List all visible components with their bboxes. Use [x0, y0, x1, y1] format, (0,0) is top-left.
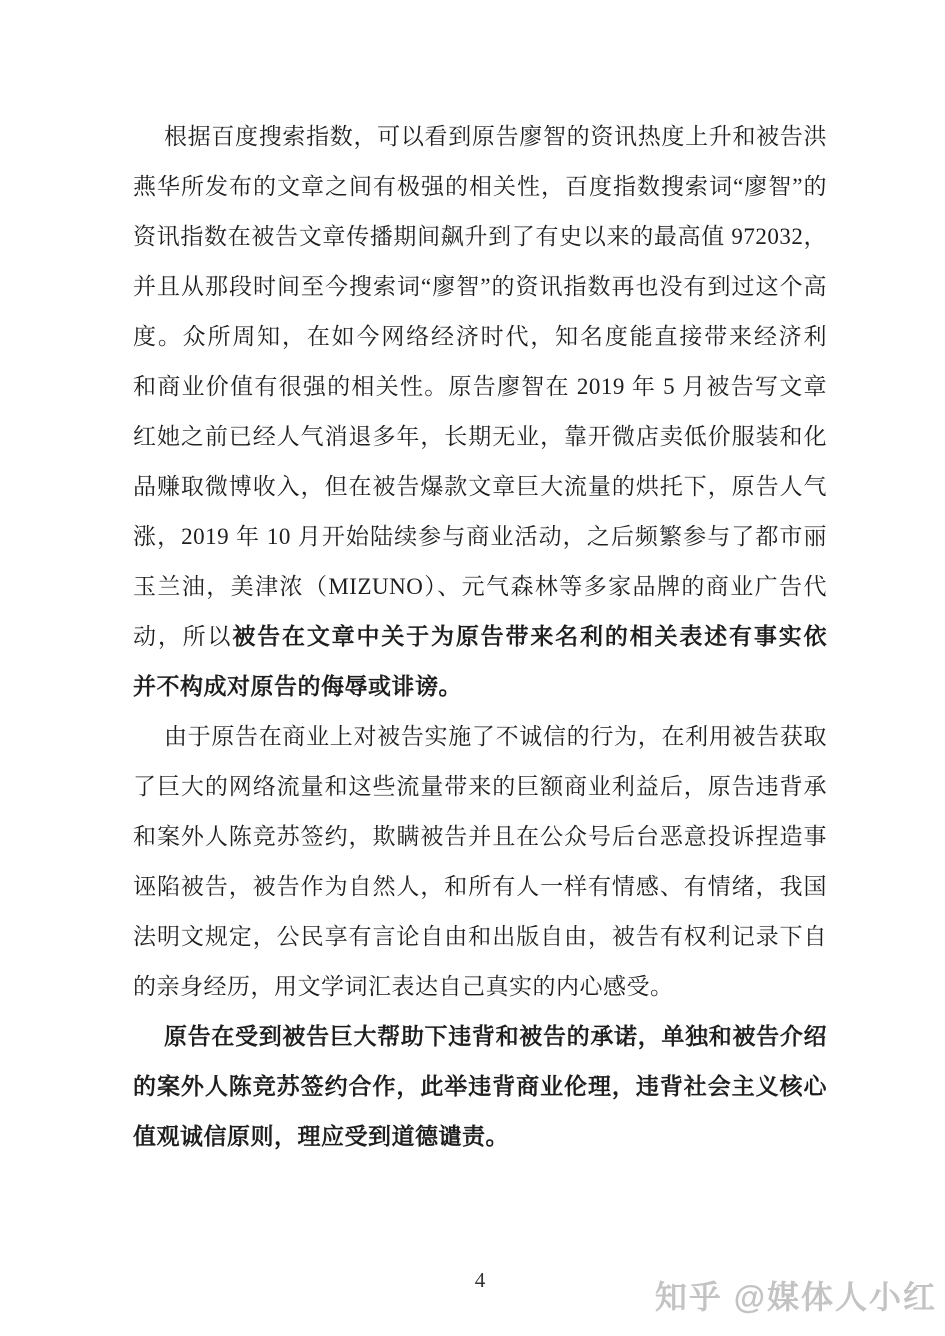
text-line: 值观诚信原则，理应受到道德谴责。 — [133, 1112, 827, 1162]
text-segment: 并且从那段时间至今搜索词“廖智”的资讯指数再也没有到过这个高 — [133, 274, 827, 299]
text-line: 根据百度搜索指数，可以看到原告廖智的资讯热度上升和被告洪 — [133, 112, 827, 162]
text-segment: 红她之前已经人气消退多年，长期无业，靠开微店卖低价服装和化妆 — [133, 424, 827, 462]
text-line: 资讯指数在被告文章传播期间飙升到了有史以来的最高值 972032， — [133, 212, 827, 262]
text-segment: 动，所以 — [133, 624, 232, 649]
bold-text-segment: 被告在文章中关于为原告带来名利的相关表述有事实依据， — [133, 624, 827, 662]
text-segment: 和案外人陈竞苏签约，欺瞒被告并且在公众号后台恶意投诉捏造事实 — [133, 824, 827, 862]
text-segment: 品赚取微博收入，但在被告爆款文章巨大流量的烘托下，原告人气暴 — [133, 474, 827, 512]
text-segment: 根据百度搜索指数，可以看到原告廖智的资讯热度上升和被告洪 — [164, 124, 827, 149]
watermark: 知乎 @媒体人小红 — [655, 1272, 937, 1318]
text-line: 动，所以被告在文章中关于为原告带来名利的相关表述有事实依据， — [133, 612, 827, 662]
text-segment: 了巨大的网络流量和这些流量带来的巨额商业利益后，原告违背承诺 — [133, 774, 827, 812]
text-line: 的亲身经历，用文学词汇表达自己真实的内心感受。 — [133, 962, 827, 1012]
text-segment: 资讯指数在被告文章传播期间飙升到了有史以来的最高值 972032， — [133, 224, 827, 249]
bold-text-segment: 并不构成对原告的侮辱或诽谤。 — [133, 674, 462, 699]
text-line: 涨，2019 年 10 月开始陆续参与商业活动，之后频繁参与了都市丽人、 — [133, 512, 827, 562]
text-line: 的案外人陈竞苏签约合作，此举违背商业伦理，违背社会主义核心价 — [133, 1062, 827, 1112]
text-line: 度。众所周知，在如今网络经济时代，知名度能直接带来经济利益， — [133, 312, 827, 362]
text-segment: 和商业价值有很强的相关性。原告廖智在 2019 年 5 月被告写文章捧 — [133, 374, 827, 412]
paragraph: 原告在受到被告巨大帮助下违背和被告的承诺，单独和被告介绍的案外人陈竞苏签约合作，… — [133, 1012, 827, 1162]
text-segment: 的亲身经历，用文学词汇表达自己真实的内心感受。 — [133, 974, 674, 999]
text-line: 燕华所发布的文章之间有极强的相关性，百度指数搜索词“廖智”的 — [133, 162, 827, 212]
text-line: 了巨大的网络流量和这些流量带来的巨额商业利益后，原告违背承诺 — [133, 762, 827, 812]
text-segment: 由于原告在商业上对被告实施了不诚信的行为，在利用被告获取 — [164, 724, 827, 749]
text-line: 和案外人陈竞苏签约，欺瞒被告并且在公众号后台恶意投诉捏造事实 — [133, 812, 827, 862]
text-line: 并且从那段时间至今搜索词“廖智”的资讯指数再也没有到过这个高 — [133, 262, 827, 312]
document-page: 根据百度搜索指数，可以看到原告廖智的资讯热度上升和被告洪燕华所发布的文章之间有极… — [0, 0, 945, 1336]
paragraph: 由于原告在商业上对被告实施了不诚信的行为，在利用被告获取了巨大的网络流量和这些流… — [133, 712, 827, 1012]
text-segment: 玉兰油，美津浓（MIZUNO）、元气森林等多家品牌的商业广告代言活 — [133, 574, 827, 612]
text-line: 由于原告在商业上对被告实施了不诚信的行为，在利用被告获取 — [133, 712, 827, 762]
page-number: 4 — [475, 1268, 486, 1292]
text-segment: 诬陷被告，被告作为自然人，和所有人一样有情感、有情绪，我国宪 — [133, 874, 827, 912]
bold-text-segment: 的案外人陈竞苏签约合作，此举违背商业伦理，违背社会主义核心价 — [133, 1074, 827, 1112]
text-segment: 涨，2019 年 10 月开始陆续参与商业活动，之后频繁参与了都市丽人、 — [133, 524, 827, 562]
text-line: 诬陷被告，被告作为自然人，和所有人一样有情感、有情绪，我国宪 — [133, 862, 827, 912]
bold-text-segment: 值观诚信原则，理应受到道德谴责。 — [133, 1124, 509, 1149]
text-line: 和商业价值有很强的相关性。原告廖智在 2019 年 5 月被告写文章捧 — [133, 362, 827, 412]
text-line: 法明文规定，公民享有言论自由和出版自由，被告有权利记录下自己 — [133, 912, 827, 962]
text-line: 红她之前已经人气消退多年，长期无业，靠开微店卖低价服装和化妆 — [133, 412, 827, 462]
text-line: 品赚取微博收入，但在被告爆款文章巨大流量的烘托下，原告人气暴 — [133, 462, 827, 512]
paragraph: 根据百度搜索指数，可以看到原告廖智的资讯热度上升和被告洪燕华所发布的文章之间有极… — [133, 112, 827, 712]
text-line: 玉兰油，美津浓（MIZUNO）、元气森林等多家品牌的商业广告代言活 — [133, 562, 827, 612]
text-line: 原告在受到被告巨大帮助下违背和被告的承诺，单独和被告介绍 — [133, 1012, 827, 1062]
text-segment: 燕华所发布的文章之间有极强的相关性，百度指数搜索词“廖智”的 — [133, 174, 827, 199]
text-segment: 度。众所周知，在如今网络经济时代，知名度能直接带来经济利益， — [133, 324, 827, 362]
bold-text-segment: 原告在受到被告巨大帮助下违背和被告的承诺，单独和被告介绍 — [164, 1024, 827, 1049]
document-body: 根据百度搜索指数，可以看到原告廖智的资讯热度上升和被告洪燕华所发布的文章之间有极… — [133, 112, 827, 1162]
text-line: 并不构成对原告的侮辱或诽谤。 — [133, 662, 827, 712]
text-segment: 法明文规定，公民享有言论自由和出版自由，被告有权利记录下自己 — [133, 924, 827, 962]
